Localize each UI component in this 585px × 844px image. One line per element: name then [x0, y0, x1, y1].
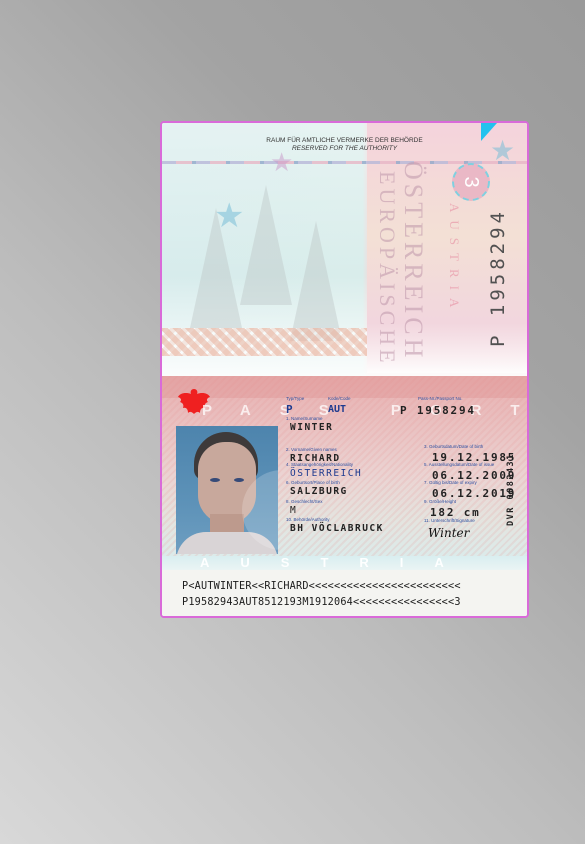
watermark-austria: AUSTRIA — [446, 203, 462, 315]
surname-label: 1. Name/Surname — [286, 416, 323, 421]
passport-ghost-title: PASS PORT — [202, 402, 529, 419]
sex-label: 8. Geschlecht/Sex — [286, 499, 323, 504]
place-of-birth-label: 6. Geburtsort/Place of birth — [286, 480, 340, 485]
authority-label: 10. Behörde/Authority — [286, 517, 330, 522]
date-of-expiry-label: 7. Gültig bis/Date of expiry — [424, 480, 477, 485]
watermark-oesterreich: ÖSTERREICH — [398, 161, 428, 361]
page-number-badge: 3 — [452, 163, 490, 201]
passport-no-value: P 1958294 — [400, 404, 476, 417]
machine-readable-zone: P<AUTWINTER<<RICHARD<<<<<<<<<<<<<<<<<<<<… — [162, 570, 527, 618]
mrz-line-1: P<AUTWINTER<<RICHARD<<<<<<<<<<<<<<<<<<<<… — [182, 581, 461, 592]
height-label: 9. Größe/Height — [424, 499, 456, 504]
authority-header: RAUM FÜR AMTLICHE VERMERKE DER BEHÖRDE R… — [162, 137, 527, 153]
mrz-line-2: P19582943AUT8512193M1912064<<<<<<<<<<<<<… — [182, 597, 461, 608]
nationality-label: 4. Staatsangehörigkeit/Nationality — [286, 462, 353, 467]
header-band — [162, 376, 527, 398]
signature-label: 11. Unterschrift/Signature — [424, 518, 475, 523]
date-of-birth-label: 3. Geburtsdatum/Date of birth — [424, 444, 483, 449]
mountain-graphic — [240, 185, 292, 305]
type-value: P — [286, 403, 294, 416]
code-value: AUT — [328, 404, 346, 415]
data-page: PASS PORT Typ/Type P Kode/Code AUT Pass-… — [162, 376, 527, 556]
mountain-graphic — [290, 221, 342, 341]
authority-header-de: RAUM FÜR AMTLICHE VERMERKE DER BEHÖRDE — [162, 137, 527, 145]
code-label: Kode/Code — [328, 396, 351, 401]
place-of-birth-value: SALZBURG — [290, 486, 348, 497]
holder-photo — [176, 426, 278, 554]
star-icon: ★ — [490, 137, 515, 165]
visa-page: RAUM FÜR AMTLICHE VERMERKE DER BEHÖRDE R… — [162, 123, 527, 378]
passport-no-label: Pass-Nr./Passport No. — [418, 396, 463, 401]
country-band: AUSTRIA — [162, 556, 527, 570]
guilloche-band — [162, 328, 367, 356]
sex-value: M — [290, 505, 297, 516]
star-icon: ★ — [270, 149, 293, 175]
country-band-text: AUSTRIA — [200, 556, 475, 570]
given-names-label: 2. Vorname/Given names — [286, 447, 337, 452]
holder-signature: Winter — [428, 526, 469, 540]
authority-value: BH VÖCLABRUCK — [290, 523, 384, 534]
dvr-number: DVR 0082431 — [506, 453, 516, 526]
surname-value: WINTER — [290, 422, 333, 433]
nationality-value: ÖSTERREICH — [290, 468, 362, 479]
passport-page: RAUM FÜR AMTLICHE VERMERKE DER BEHÖRDE R… — [160, 121, 529, 618]
date-of-issue-label: 5. Ausstellungsdatum/Date of issue — [424, 462, 494, 467]
star-icon: ★ — [214, 199, 244, 233]
authority-header-en: RESERVED FOR THE AUTHORITY — [162, 145, 527, 153]
type-label: Typ/Type — [286, 396, 304, 401]
